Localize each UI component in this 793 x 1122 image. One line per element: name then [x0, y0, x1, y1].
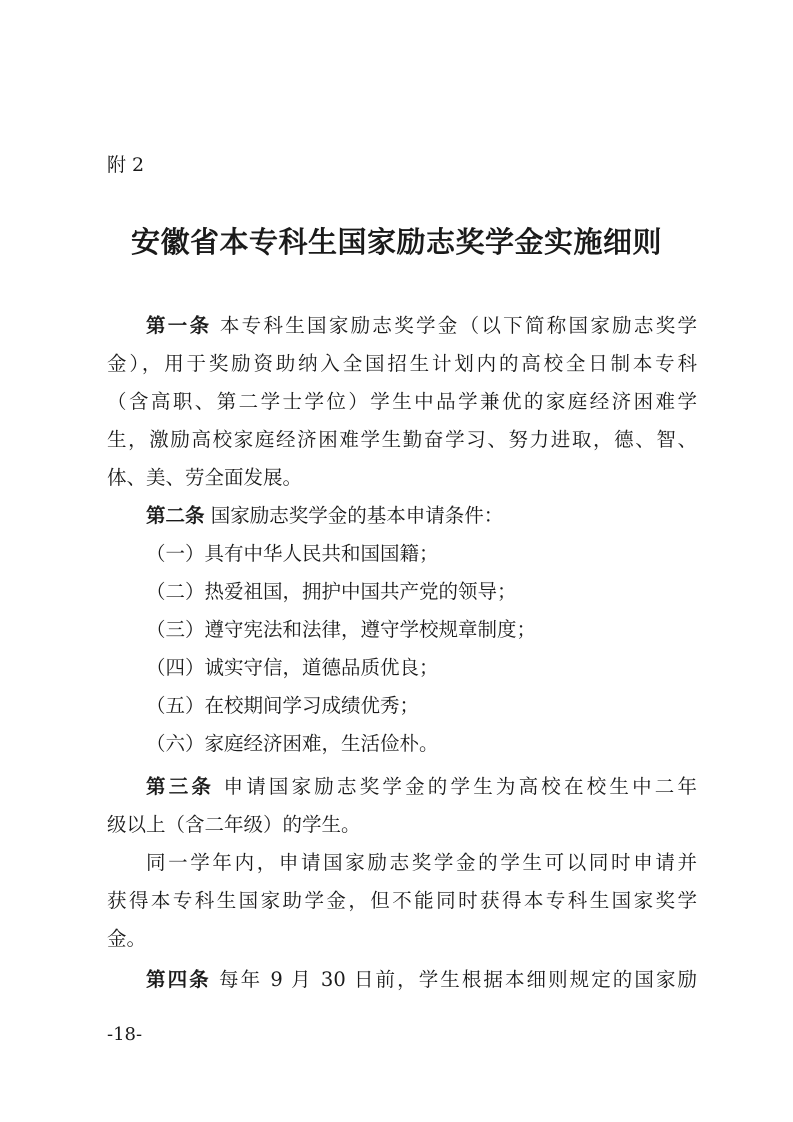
- article-4-line-1: 第四条 每年 9 月 30 日前，学生根据本细则规定的国家励: [107, 966, 697, 994]
- article-3-line-1: 第三条 申请国家励志奖学金的学生为高校在校生中二年: [107, 773, 697, 801]
- article-heading: 第三条: [146, 775, 214, 798]
- condition-item: （四）诚实守信，道德品质优良；: [107, 654, 697, 682]
- condition-item: （五）在校期间学习成绩优秀；: [107, 692, 697, 720]
- article-heading: 第一条: [146, 314, 211, 337]
- condition-item: （六）家庭经济困难，生活俭朴。: [107, 730, 697, 758]
- article-heading: 第二条: [146, 504, 205, 527]
- article-3-para-2-line-1: 同一学年内，申请国家励志奖学金的学生可以同时申请并: [107, 849, 697, 877]
- condition-item: （二）热爱祖国，拥护中国共产党的领导；: [107, 578, 697, 606]
- article-1-line-1: 第一条 本专科生国家励志奖学金（以下简称国家励志奖学: [107, 312, 697, 340]
- condition-item: （三）遵守宪法和法律，遵守学校规章制度；: [107, 616, 697, 644]
- condition-item: （一）具有中华人民共和国国籍；: [107, 540, 697, 568]
- article-1-line-3: （含高职、第二学士学位）学生中品学兼优的家庭经济困难学: [107, 388, 697, 416]
- document-title: 安徽省本专科生国家励志奖学金实施细则: [0, 222, 793, 262]
- article-3-para-2-line-3: 金。: [107, 925, 697, 953]
- article-3-para-2-line-2: 获得本专科生国家助学金，但不能同时获得本专科生国家奖学: [107, 887, 697, 915]
- article-1-line-2: 金），用于奖励资助纳入全国招生计划内的高校全日制本专科: [107, 350, 697, 378]
- attachment-label: 附 2: [107, 152, 144, 178]
- article-1-line-5: 体、美、劳全面发展。: [107, 464, 697, 492]
- article-2-line-1: 第二条 国家励志奖学金的基本申请条件：: [107, 502, 697, 530]
- page-number: -18-: [107, 1023, 142, 1047]
- article-1-line-4: 生，激励高校家庭经济困难学生勤奋学习、努力进取，德、智、: [107, 426, 697, 454]
- document-page: 附 2 安徽省本专科生国家励志奖学金实施细则 第一条 本专科生国家励志奖学金（以…: [0, 0, 793, 1122]
- article-3-line-2: 级以上（含二年级）的学生。: [107, 811, 697, 839]
- article-heading: 第四条: [146, 968, 211, 991]
